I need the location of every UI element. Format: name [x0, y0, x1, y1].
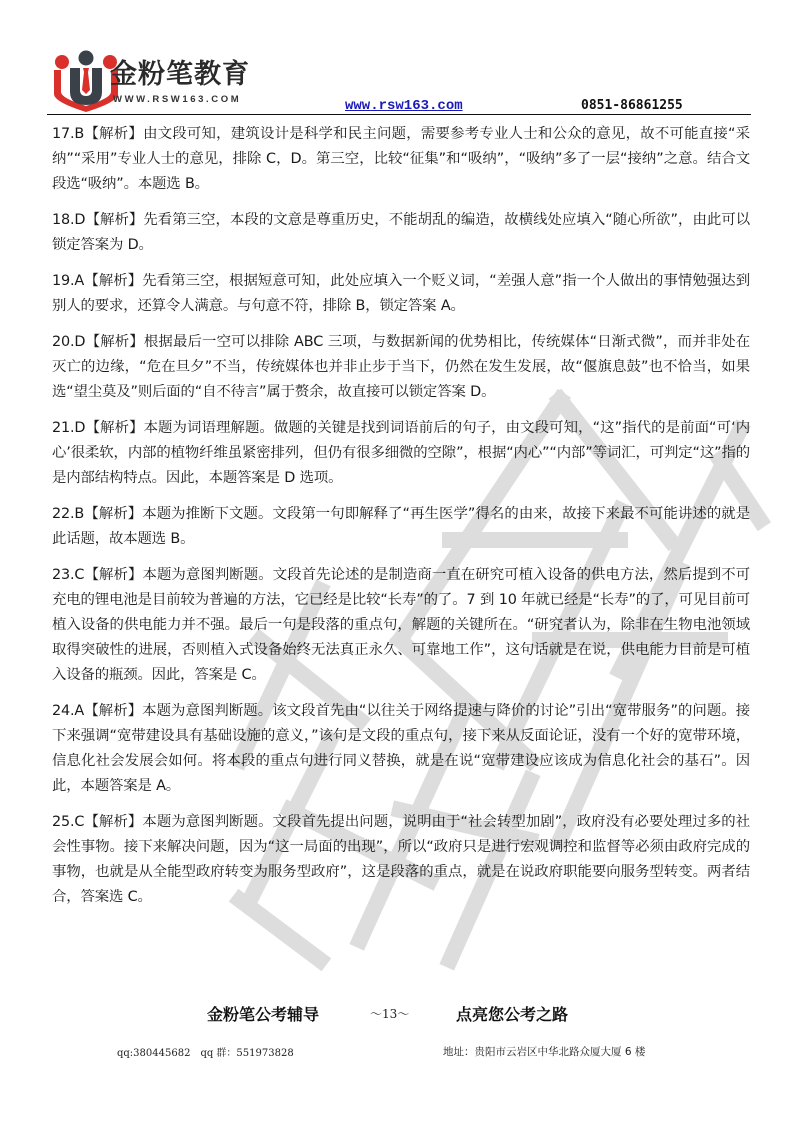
analysis-tag: 【解析】 — [84, 506, 142, 522]
explanation-18: 18.D【解析】先看第三空，本段的文意是尊重历史，不能胡乱的编造，故横线处应填入… — [52, 208, 750, 258]
brand-name: 金粉笔教育 — [110, 60, 250, 90]
explanation-25: 25.C【解析】本题为意图判断题。文段首先提出问题，说明由于“社会转型加剧”，政… — [52, 810, 750, 910]
footer-slogan-left: 金粉笔公考辅导 — [207, 1002, 319, 1025]
question-number: 23.C — [52, 567, 84, 583]
explanation-text: 先看第三空，本段的文意是尊重历史，不能胡乱的编造，故横线处应填入“随心所欲”，由… — [52, 212, 750, 253]
analysis-tag: 【解析】 — [84, 814, 142, 830]
explanation-19: 19.A【解析】先看第三空，根据短意可知，此处应填入一个贬义词，“差强人意”指一… — [52, 269, 750, 319]
analysis-tag: 【解析】 — [84, 273, 142, 289]
explanation-22: 22.B【解析】本题为推断下文题。文段第一句即解释了“再生医学”得名的由来，故接… — [52, 502, 750, 552]
question-number: 22.B — [52, 506, 84, 522]
question-number: 25.C — [52, 814, 84, 830]
footer-slogan-right: 点亮您公考之路 — [456, 1002, 568, 1025]
analysis-tag: 【解析】 — [85, 420, 143, 436]
explanation-text: 本题为意图判断题。该文段首先由“以往关于网络提速与降价的讨论”引出“宽带服务”的… — [52, 703, 750, 794]
header-divider — [47, 114, 751, 115]
question-number: 17.B — [52, 126, 84, 142]
qq-group: qq 群：551973828 — [200, 1048, 293, 1059]
question-number: 19.A — [52, 273, 84, 289]
question-number: 18.D — [52, 212, 85, 228]
analysis-tag: 【解析】 — [84, 703, 142, 719]
footer-address: 地址：贵阳市云岩区中华北路众厦大厦 6 楼 — [443, 1044, 645, 1059]
explanation-text: 根据最后一空可以排除 ABC 三项，与数据新闻的优势相比，传统媒体“日渐式微”，… — [52, 334, 750, 400]
explanation-text: 本题为推断下文题。文段第一句即解释了“再生医学”得名的由来，故接下来最不可能讲述… — [52, 506, 750, 547]
explanation-21: 21.D【解析】本题为词语理解题。做题的关键是找到词语前后的句子，由文段可知，“… — [52, 416, 750, 491]
explanation-23: 23.C【解析】本题为意图判断题。文段首先论述的是制造商一直在研究可植入设备的供… — [52, 563, 750, 688]
question-number: 21.D — [52, 420, 85, 436]
qq-number: qq:380445682 — [117, 1048, 190, 1059]
answer-explanations: 17.B【解析】由文段可知，建筑设计是科学和民主问题，需要参考专业人士和公众的意… — [52, 122, 750, 921]
footer-qq-info: qq:380445682qq 群：551973828 — [117, 1044, 294, 1059]
explanation-24: 24.A【解析】本题为意图判断题。该文段首先由“以往关于网络提速与降价的讨论”引… — [52, 699, 750, 799]
page-footer: 金粉笔公考辅导 ～13～ 点亮您公考之路 — [0, 1002, 793, 1026]
footer-contact: qq:380445682qq 群：551973828 地址：贵阳市云岩区中华北路… — [0, 1044, 793, 1062]
analysis-tag: 【解析】 — [85, 334, 143, 350]
website-link[interactable]: www.rsw163.com — [345, 98, 463, 114]
analysis-tag: 【解析】 — [84, 567, 142, 583]
page-number: ～13～ — [370, 1005, 409, 1022]
explanation-text: 本题为词语理解题。做题的关键是找到词语前后的句子，由文段可知，“这”指代的是前面… — [52, 420, 750, 486]
question-number: 24.A — [52, 703, 84, 719]
question-number: 20.D — [52, 334, 85, 350]
explanation-20: 20.D【解析】根据最后一空可以排除 ABC 三项，与数据新闻的优势相比，传统媒… — [52, 330, 750, 405]
explanation-17: 17.B【解析】由文段可知，建筑设计是科学和民主问题，需要参考专业人士和公众的意… — [52, 122, 750, 197]
explanation-text: 由文段可知，建筑设计是科学和民主问题，需要参考专业人士和公众的意见，故不可能直接… — [52, 126, 750, 192]
explanation-text: 本题为意图判断题。文段首先论述的是制造商一直在研究可植入设备的供电方法，然后提到… — [52, 567, 750, 683]
explanation-text: 先看第三空，根据短意可知，此处应填入一个贬义词，“差强人意”指一个人做出的事情勉… — [52, 273, 750, 314]
explanation-text: 本题为意图判断题。文段首先提出问题，说明由于“社会转型加剧”，政府没有必要处理过… — [52, 814, 750, 905]
phone-number: 0851-86861255 — [581, 98, 683, 113]
analysis-tag: 【解析】 — [85, 212, 143, 228]
page-header: 金粉笔教育 WWW.RSW163.COM www.rsw163.com 0851… — [0, 0, 793, 125]
analysis-tag: 【解析】 — [84, 126, 143, 142]
brand-url: WWW.RSW163.COM — [113, 94, 241, 105]
